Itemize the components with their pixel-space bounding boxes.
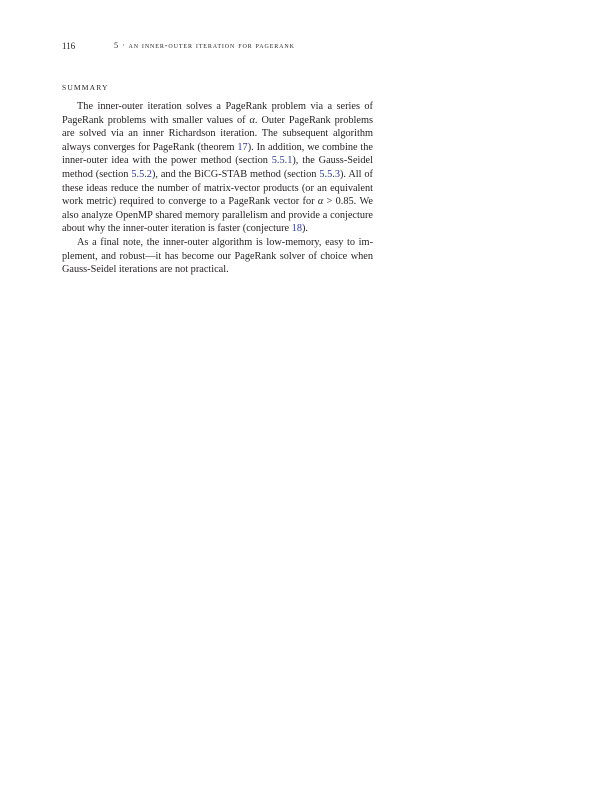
chapter-title: 5 · an inner-outer iteration for pageran… [114,40,295,52]
paragraph-1: The inner-outer iteration solves a PageR… [62,100,373,236]
section-5-5-3-link[interactable]: 5.5.3 [319,169,340,180]
section-5-5-1-link[interactable]: 5.5.1 [272,155,293,166]
page-number: 116 [62,40,75,52]
section-heading: summary [62,83,109,93]
running-head: 116 5 · an inner-outer iteration for pag… [62,40,382,52]
section-5-5-2-link[interactable]: 5.5.2 [131,169,152,180]
text-segment: ), and the BiCG-STAB method (section [152,169,319,180]
summary-body: The inner-outer iteration solves a PageR… [62,100,373,277]
paragraph-2: As a final note, the inner-outer algorit… [62,236,373,277]
text-segment: ). [302,223,308,234]
theorem-17-link[interactable]: 17 [237,142,247,153]
conjecture-18-link[interactable]: 18 [292,223,302,234]
